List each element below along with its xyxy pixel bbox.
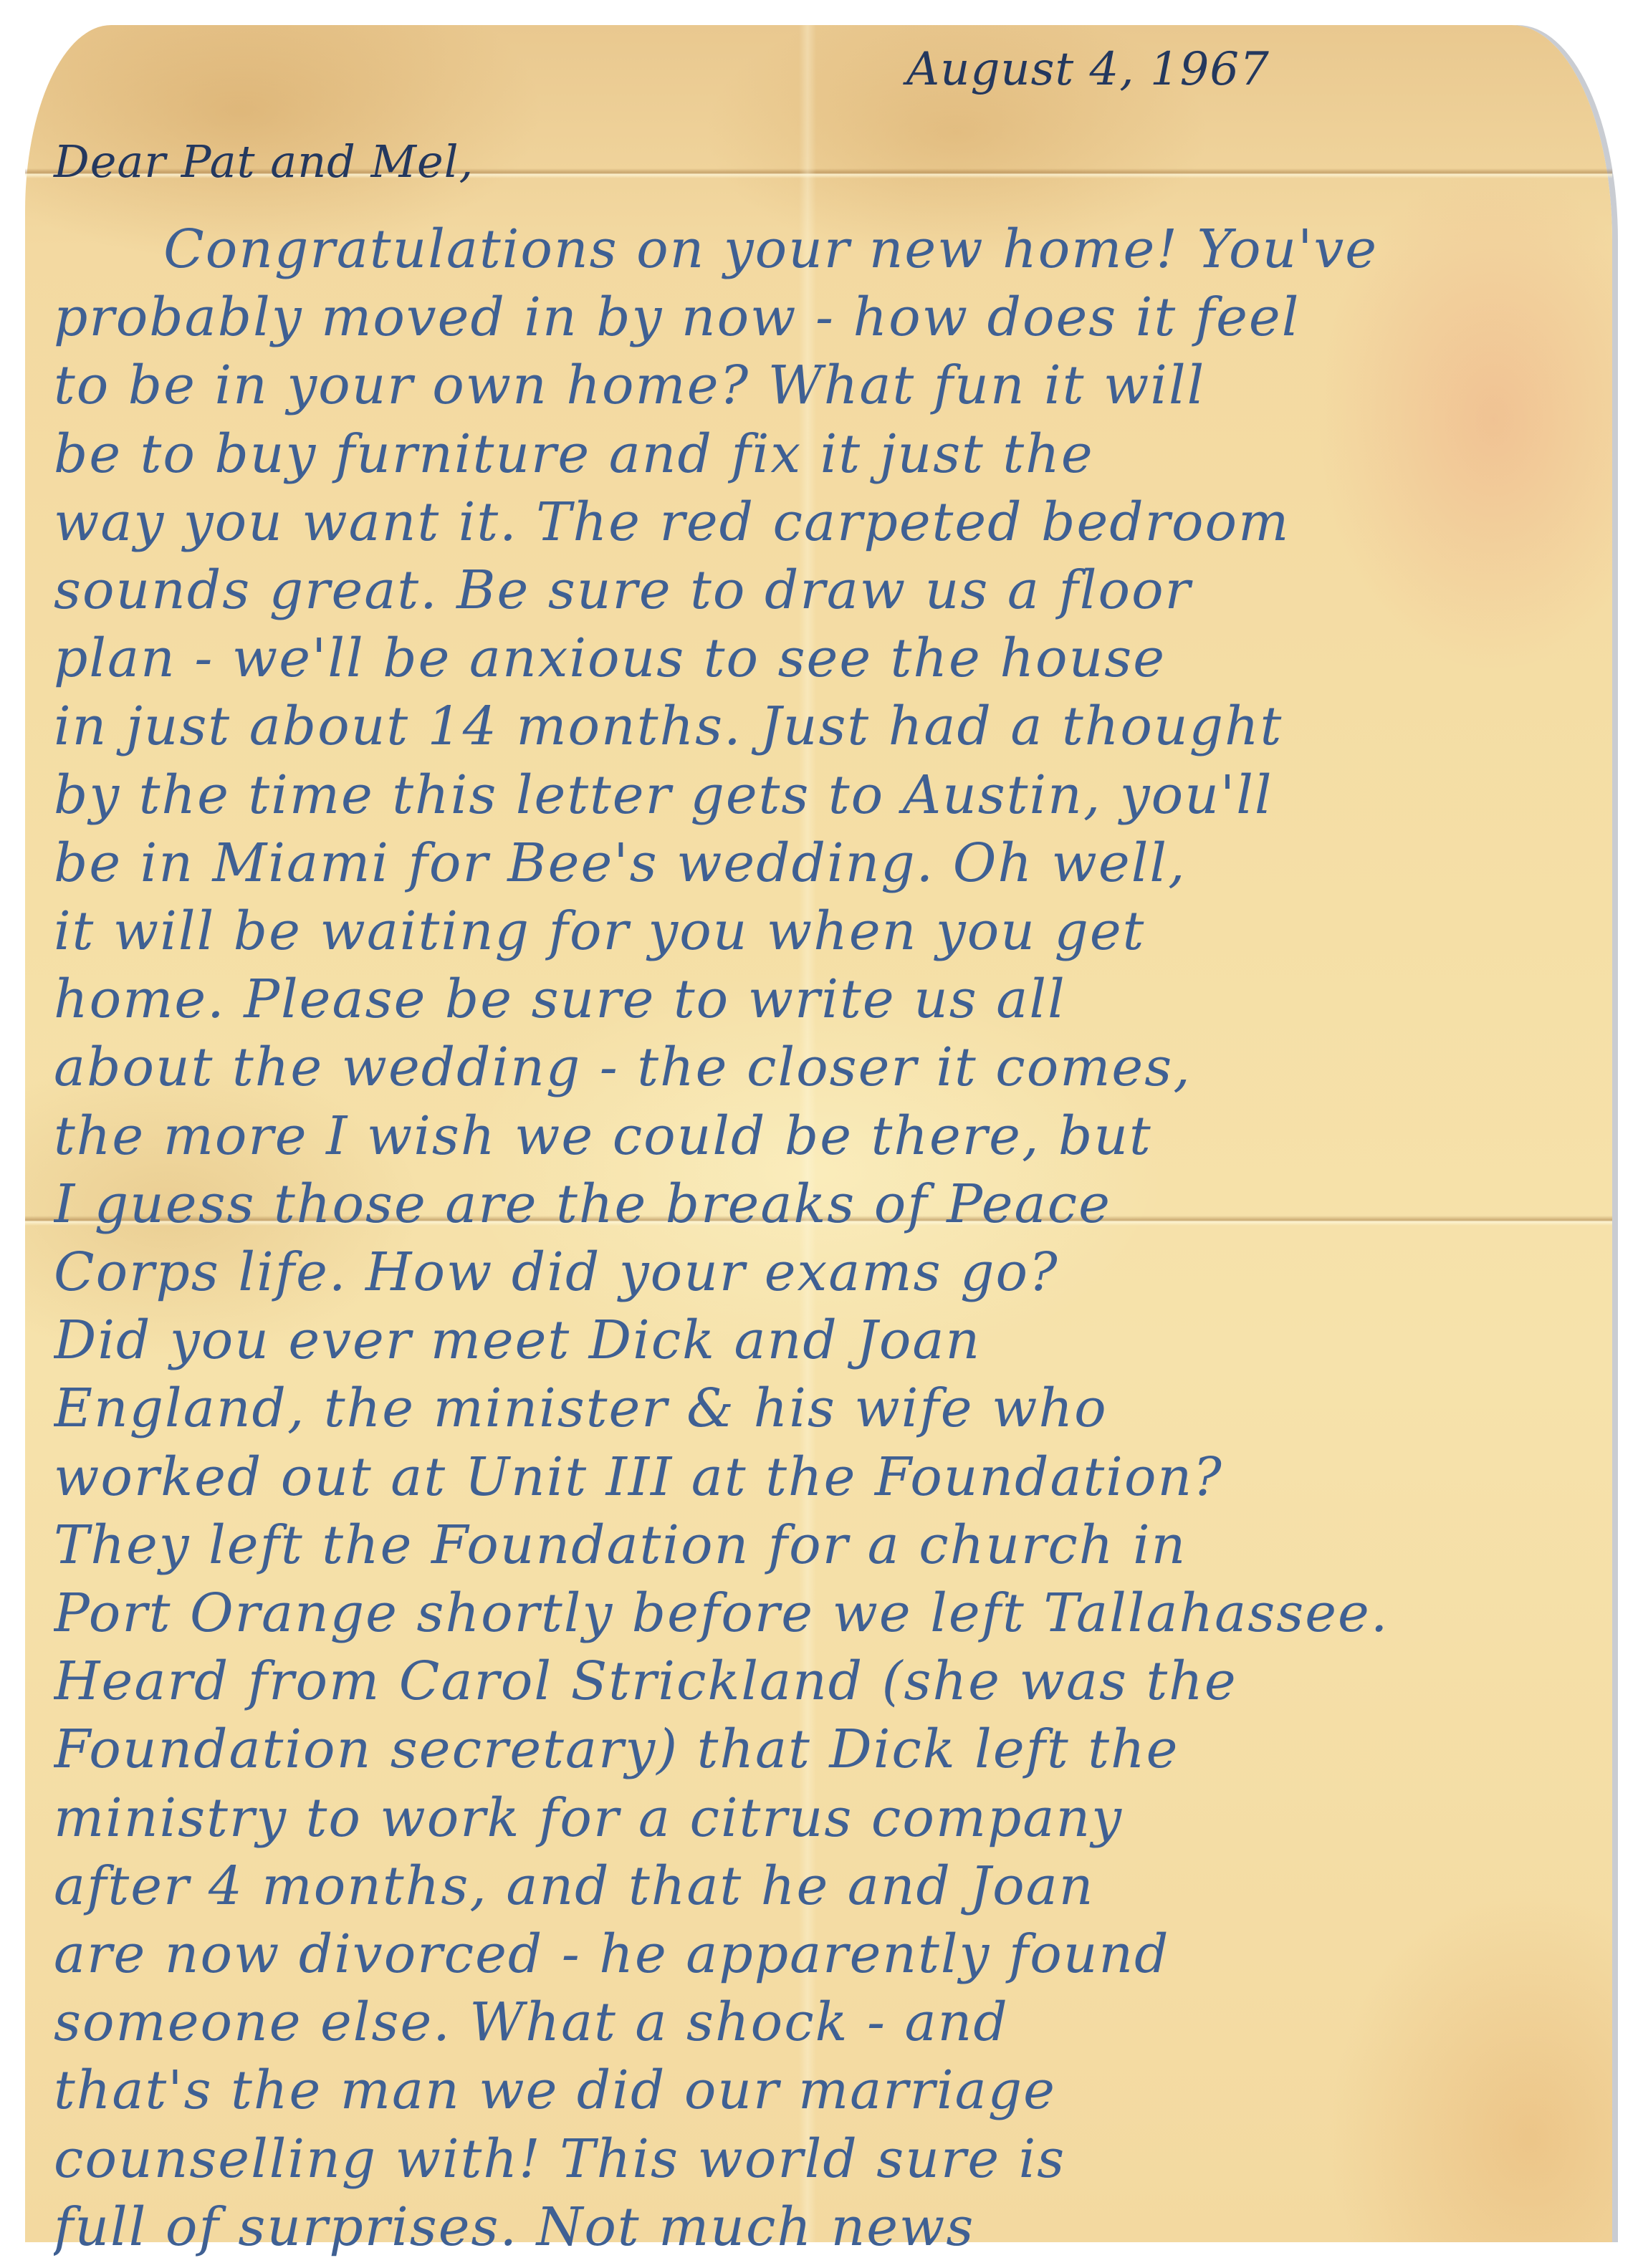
- letter-line: Corps life. How did your exams go?: [54, 1241, 1609, 1303]
- letter-line: to be in your own home? What fun it will: [54, 355, 1609, 416]
- letter-line: I guess those are the breaks of Peace: [54, 1173, 1609, 1235]
- letter-line: way you want it. The red carpeted bedroo…: [54, 491, 1609, 553]
- letter-date: August 4, 1967: [906, 47, 1270, 92]
- letter-line: about the wedding - the closer it comes,: [54, 1037, 1609, 1098]
- letter-line: are now divorced - he apparently found: [54, 1923, 1609, 1985]
- letter-line: it will be waiting for you when you get: [54, 900, 1609, 962]
- letter-line: Heard from Carol Strickland (she was the: [54, 1650, 1609, 1712]
- letter-line: counselling with! This world sure is: [54, 2128, 1609, 2190]
- letter-line: Port Orange shortly before we left Talla…: [54, 1582, 1609, 1644]
- letter-line: by the time this letter gets to Austin, …: [54, 764, 1609, 826]
- letter-line: England, the minister & his wife who: [54, 1378, 1609, 1439]
- letter-line: full of surprises. Not much news: [54, 2196, 1609, 2258]
- letter-line: plan - we'll be anxious to see the house: [54, 628, 1609, 689]
- letter-line: worked out at Unit III at the Foundation…: [54, 1446, 1609, 1508]
- letter-line: sounds great. Be sure to draw us a floor: [54, 559, 1609, 621]
- letter-line: someone else. What a shock - and: [54, 1991, 1609, 2053]
- letter-line: Did you ever meet Dick and Joan: [54, 1310, 1609, 1371]
- letter-line: in just about 14 months. Just had a thou…: [54, 696, 1609, 757]
- letter-line: ministry to work for a citrus company: [54, 1787, 1609, 1849]
- letter-line: after 4 months, and that he and Joan: [54, 1855, 1609, 1917]
- letter-line: that's the man we did our marriage: [54, 2060, 1609, 2121]
- letter-line: the more I wish we could be there, but: [54, 1105, 1609, 1167]
- letter-page: August 4, 1967 Dear Pat and Mel, Congrat…: [25, 25, 1612, 2242]
- letter-line: be in Miami for Bee's wedding. Oh well,: [54, 832, 1609, 894]
- salutation: Dear Pat and Mel,: [54, 140, 474, 184]
- letter-line: Foundation secretary) that Dick left the: [54, 1719, 1609, 1780]
- letter-line: Congratulations on your new home! You've: [54, 218, 1609, 280]
- letter-line: They left the Foundation for a church in: [54, 1514, 1609, 1576]
- letter-line: probably moved in by now - how does it f…: [54, 287, 1609, 348]
- letter-line: home. Please be sure to write us all: [54, 969, 1609, 1030]
- letter-line: be to buy furniture and fix it just the: [54, 423, 1609, 485]
